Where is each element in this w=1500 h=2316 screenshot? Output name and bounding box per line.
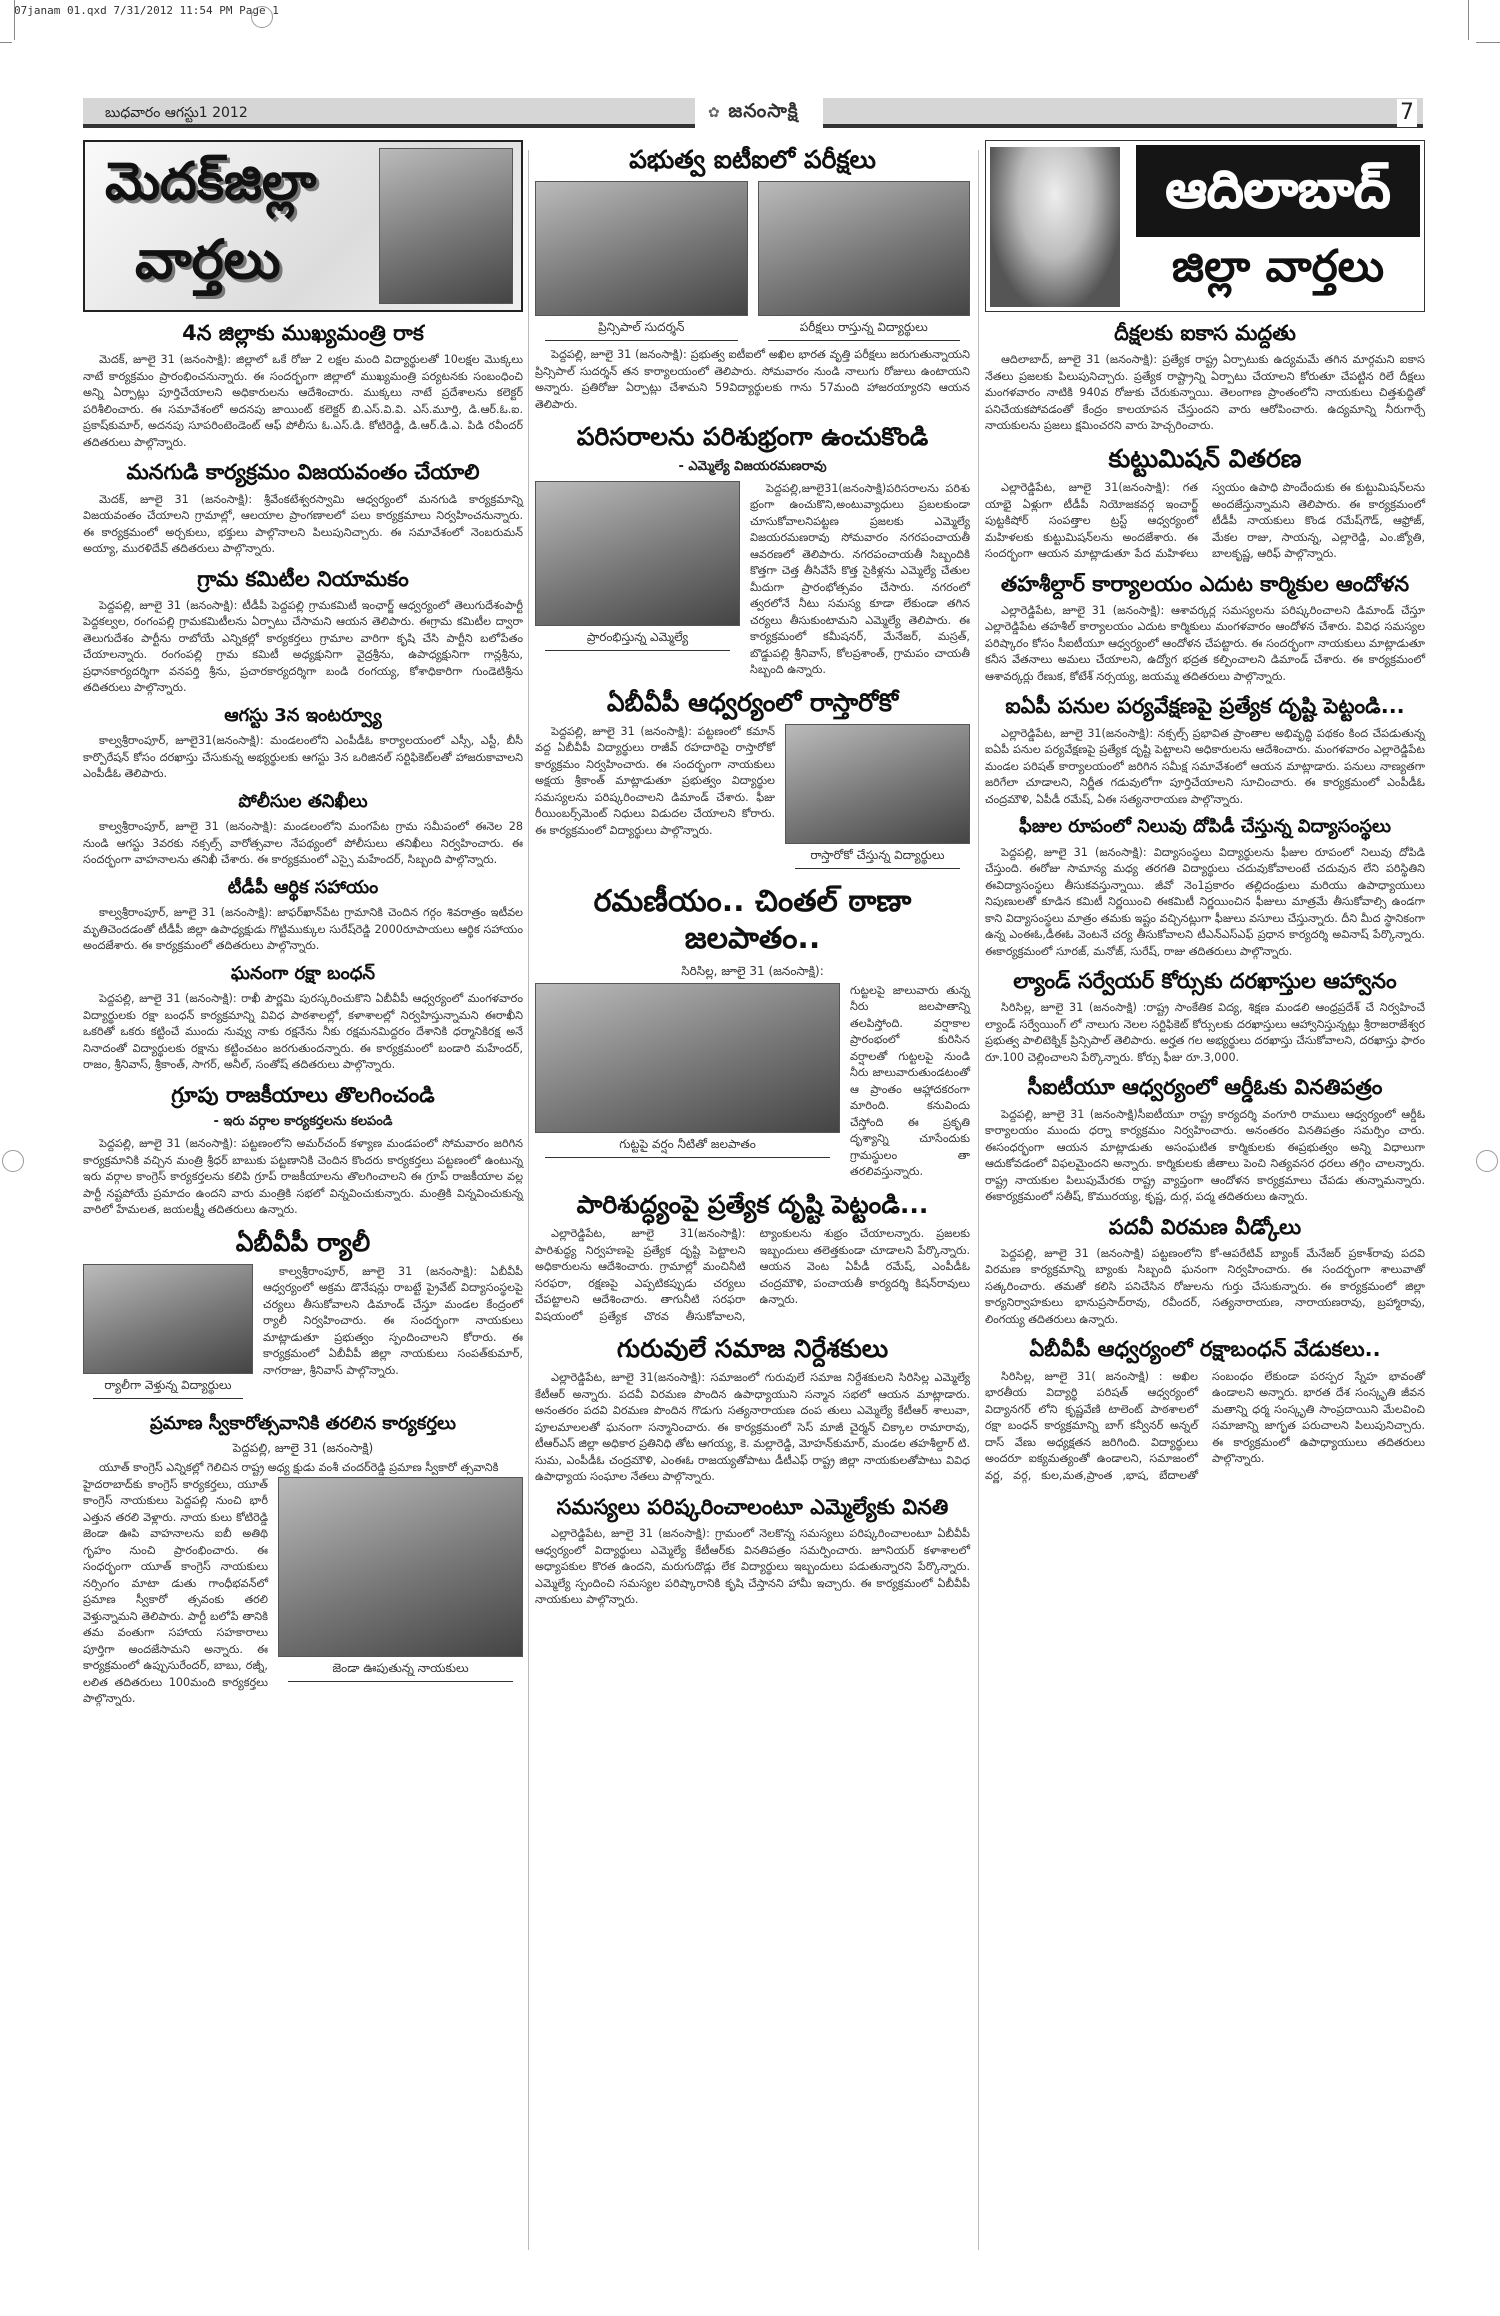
- article-body: కాల్వశ్రీరాంపూర్, జూలై 31 (జనంసాక్షి): ఏ…: [263, 1264, 523, 1405]
- article-body: సిరిసిల్ల, జూలై 31( జనంసాక్షి) : అఖిల భా…: [985, 1369, 1425, 1485]
- article-headline: తహశీల్దార్ కార్యాలయం ఎదుట కార్మికుల ఆందో…: [985, 571, 1425, 597]
- news-article: తహశీల్దార్ కార్యాలయం ఎదుట కార్మికుల ఆందో…: [985, 571, 1425, 686]
- article-headline: ల్యాండ్ సర్వేయర్ కోర్సుకు దరఖాస్తుల ఆహ్వ…: [985, 968, 1425, 994]
- article-body: ఎల్లారెడ్డిపేట, జూలై 31(జనంసాక్షి): పారి…: [535, 1226, 970, 1325]
- news-article: గురువులే సమాజ నిర్దేశకులు ఎల్లారెడ్డిపేట…: [535, 1333, 970, 1486]
- news-article: పరిసరాలను పరిశుభ్రంగా ఉంచుకొండి - ఎమ్మెల…: [535, 421, 970, 678]
- news-article: ఏబీవీపీ ర్యాలీ ర్యాలీగా వెళ్తున్న విద్యా…: [83, 1227, 523, 1405]
- banner-title-line2: వార్తలు: [135, 228, 281, 305]
- article-body: కాల్వశ్రీరాంపూర్, జూలై 31 (జనంసాక్షి): జ…: [83, 905, 523, 955]
- article-subheadline: - ఎమ్మెల్యే విజయరమణరావు: [535, 459, 970, 477]
- news-article: ప్రమాణ స్వీకారోత్సవానికి తరలిన కార్యకర్త…: [83, 1413, 523, 1708]
- article-body: కాల్వశ్రీరాంపూర్, జూలై31(జనంసాక్షి): మండ…: [83, 733, 523, 783]
- medak-district-column: మెదక్‌జిల్లా వార్తలు 4న జిల్లాకు ముఖ్యమం…: [83, 140, 523, 1708]
- article-headline: ప్రమాణ స్వీకారోత్సవానికి తరలిన కార్యకర్త…: [83, 1413, 523, 1436]
- article-body: పెద్దపల్లి, జూలై 31 (జనంసాక్షి): విద్యాస…: [985, 845, 1425, 961]
- adilabad-banner: ఆదిలాబాద్ జిల్లా వార్తలు: [985, 140, 1425, 312]
- article-body: మెదక్, జూలై 31 (జనంసాక్షి): జిల్లాలో ఒకే…: [83, 352, 523, 451]
- article-body: ఆదిలాబాద్, జూలై 31 (జనంసాక్షి): ప్రత్యేక…: [985, 352, 1425, 435]
- photo-caption: జెండా ఊపుతున్న నాయకులు: [288, 1661, 513, 1682]
- news-article: గ్రామ కమిటీల నియామకం పెద్దపల్లి, జూలై 31…: [83, 566, 523, 697]
- banner-title-line1: మెదక్‌జిల్లా: [105, 152, 316, 225]
- flag-off-photo: [278, 1477, 523, 1657]
- article-headline: ఏబీవీపీ ఆధ్వర్యంలో రక్షాబంధన్ వేడుకలు..: [985, 1336, 1425, 1362]
- portrait-photo: [990, 147, 1120, 307]
- logo-text: జనంసాక్షి: [728, 100, 798, 122]
- news-article: ఐఏపీ పనుల పర్యవేక్షణపై ప్రత్యేక దృష్టి ప…: [985, 693, 1425, 808]
- article-headline: ఐఏపీ పనుల పర్యవేక్షణపై ప్రత్యేక దృష్టి ప…: [985, 693, 1425, 719]
- photo-caption: పరీక్షలు రాస్తున్న విద్యార్థులు: [768, 320, 961, 341]
- registration-mark-icon: [1476, 1150, 1498, 1172]
- rally-photo: [83, 1264, 253, 1374]
- article-body: పెద్దపల్లి, జూలై 31 (జనంసాక్షి)సీఐటీయూ ర…: [985, 1107, 1425, 1206]
- news-article: కుట్టుమిషన్ వితరణ ఎల్లారెడ్డిపేట, జూలై 3…: [985, 443, 1425, 563]
- article-body: సిరిసిల్ల, జూలై 31 (జనంసాక్షి) :రాష్ట్ర …: [985, 1000, 1425, 1066]
- print-slug: 07janam 01.qxd 7/31/2012 11:54 PM Page 1: [14, 4, 279, 17]
- cycle-inauguration-photo: [535, 481, 740, 626]
- article-body: కాల్వశ్రీరాంపూర్, జూలై 31 (జనంసాక్షి): మ…: [83, 819, 523, 869]
- news-article: ల్యాండ్ సర్వేయర్ కోర్సుకు దరఖాస్తుల ఆహ్వ…: [985, 968, 1425, 1066]
- crop-mark: [1468, 0, 1469, 40]
- photo-caption: గుట్టపై వర్షం నీటితో జలపాతం: [545, 1137, 830, 1158]
- article-body: ఎల్లారెడ్డిపేట, జూలై 31 (జనంసాక్షి): గ్ర…: [535, 1526, 970, 1609]
- masthead-right-bar: 7: [823, 98, 1423, 128]
- news-article: పారిశుద్ధ్యంపై ప్రత్యేక దృష్టి పెట్టండి.…: [535, 1189, 970, 1325]
- crop-mark: [0, 42, 12, 43]
- article-body: పెద్దపల్లి, జూలై 31 (జనంసాక్షి) పట్టణంలో…: [985, 1246, 1425, 1329]
- article-body: పెద్దపల్లి, జూలై 31 (జనంసాక్షి): ప్రభుత్…: [535, 347, 970, 413]
- news-article: టీడీపీ ఆర్థిక సహాయం కాల్వశ్రీరాంపూర్, జూ…: [83, 877, 523, 955]
- photo-caption: ప్రారంభిస్తున్న ఎమ్మెల్యే: [545, 630, 730, 651]
- photo-caption: ప్రిన్సిపాల్ సుదర్శన్: [545, 320, 738, 341]
- photo-caption: రాస్తారోకో చేస్తున్న విద్యార్థులు: [795, 848, 960, 869]
- rasta-roko-photo: [785, 724, 970, 844]
- article-body: ఎల్లారెడ్డిపేట, జూలై 31(జనంసాక్షి): సమాజ…: [535, 1370, 970, 1486]
- news-article: ఏబీవీపీ ఆధ్వర్యంలో రాస్తారోకో పెద్దపల్లి…: [535, 687, 970, 875]
- article-headline: పోలీసుల తనిఖీలు: [83, 791, 523, 814]
- article-headline: ఫీజుల రూపంలో నిలువు దోపిడీ చేస్తున్న విద…: [985, 816, 1425, 839]
- registration-mark-icon: [2, 1150, 24, 1172]
- article-headline: పభుత్వ ఐటీఐలో పరీక్షలు: [535, 144, 970, 175]
- news-article: రమణీయం.. చింతల్ ఠాణా జలపాతం.. సిరిసిల్ల,…: [535, 883, 970, 1181]
- principal-photo: [535, 181, 748, 316]
- newspaper-logo: ✿ జనంసాక్షి: [708, 100, 799, 127]
- news-article: మనగుడి కార్యక్రమం విజయవంతం చేయాలి మెదక్,…: [83, 459, 523, 557]
- article-body: పెద్దపల్లి,జూలై31(జనంసాక్షి)పరిసరాలను పర…: [750, 481, 970, 679]
- page-number: 7: [1397, 99, 1417, 127]
- leaf-icon: ✿: [708, 105, 721, 121]
- news-article: 4న జిల్లాకు ముఖ్యమంత్రి రాక మెదక్, జూలై …: [83, 320, 523, 451]
- news-article: ఘనంగా రక్షా బంధన్ పెద్దపల్లి, జూలై 31 (జ…: [83, 963, 523, 1074]
- exam-hall-photo: [758, 181, 971, 316]
- crop-mark: [1476, 42, 1500, 43]
- article-headline: గ్రూపు రాజకీయాలు తొలగించండి: [83, 1082, 523, 1108]
- article-body: గుట్టలపై జాలువారు తున్న నీరు జలపాతాన్ని …: [850, 983, 970, 1181]
- article-body: పెద్దపల్లి, జూలై 31 (జనంసాక్షి): పట్టణంల…: [83, 1136, 523, 1219]
- news-article: పభుత్వ ఐటీఐలో పరీక్షలు ప్రిన్సిపాల్ సుదర…: [535, 144, 970, 413]
- news-article: దీక్షలకు ఐకాస మద్దతు ఆదిలాబాద్, జూలై 31 …: [985, 320, 1425, 435]
- article-headline: ఏబీవీపీ ర్యాలీ: [83, 1227, 523, 1258]
- issue-date: బుధవారం ఆగస్టు1 2012: [105, 105, 248, 124]
- article-headline: కుట్టుమిషన్ వితరణ: [985, 443, 1425, 474]
- article-dateline: పెద్దపల్లి, జూలై 31 (జనంసాక్షి): [83, 1441, 523, 1458]
- article-headline: సమస్యలు పరిష్కరించాలంటూ ఎమ్మెల్యేకు వినత…: [535, 1494, 970, 1520]
- article-headline: రమణీయం.. చింతల్ ఠాణా జలపాతం..: [535, 883, 970, 958]
- article-headline: పారిశుద్ధ్యంపై ప్రత్యేక దృష్టి పెట్టండి.…: [535, 1189, 970, 1220]
- article-headline: ఆగస్టు 3న ఇంటర్వ్యూ: [83, 705, 523, 728]
- article-headline: సీఐటీయూ ఆధ్వర్యంలో ఆర్డీఓకు వినతిపత్రం: [985, 1074, 1425, 1100]
- church-photo: [379, 148, 513, 304]
- article-headline: మనగుడి కార్యక్రమం విజయవంతం చేయాలి: [83, 459, 523, 485]
- article-body: ఎల్లారెడ్డిపేట, జూలై 31(జనంసాక్షి): నక్స…: [985, 726, 1425, 809]
- article-body: పెద్దపల్లి, జూలై 31 (జనంసాక్షి): టీడీపీ …: [83, 598, 523, 697]
- article-headline: దీక్షలకు ఐకాస మద్దతు: [985, 320, 1425, 346]
- article-headline: గ్రామ కమిటీల నియామకం: [83, 566, 523, 592]
- article-headline: ఘనంగా రక్షా బంధన్: [83, 963, 523, 986]
- article-body: పెద్దపల్లి, జూలై 31 (జనంసాక్షి): రాఖీ పౌ…: [83, 991, 523, 1074]
- column-divider: [978, 150, 979, 2250]
- photo-caption: ర్యాలీగా వెళ్తున్న విద్యార్థులు: [93, 1378, 243, 1399]
- article-headline: 4న జిల్లాకు ముఖ్యమంత్రి రాక: [83, 320, 523, 346]
- article-lead: యూత్ కాంగ్రెస్ ఎన్నికల్లో గెలిచిన రాష్ట్…: [83, 1460, 523, 1477]
- news-article: ఆగస్టు 3న ఇంటర్వ్యూ కాల్వశ్రీరాంపూర్, జూ…: [83, 705, 523, 783]
- news-article: ఏబీవీపీ ఆధ్వర్యంలో రక్షాబంధన్ వేడుకలు.. …: [985, 1336, 1425, 1484]
- article-headline: ఏబీవీపీ ఆధ్వర్యంలో రాస్తారోకో: [535, 687, 970, 718]
- news-article: పదవీ విరమణ వీడ్కోలు పెద్దపల్లి, జూలై 31 …: [985, 1214, 1425, 1329]
- waterfall-photo: [535, 983, 840, 1133]
- article-headline: గురువులే సమాజ నిర్దేశకులు: [535, 1333, 970, 1364]
- news-article: ఫీజుల రూపంలో నిలువు దోపిడీ చేస్తున్న విద…: [985, 816, 1425, 960]
- article-dateline: సిరిసిల్ల, జూలై 31 (జనంసాక్షి):: [535, 964, 970, 981]
- adilabad-district-column: ఆదిలాబాద్ జిల్లా వార్తలు దీక్షలకు ఐకాస మ…: [985, 140, 1425, 1484]
- article-subheadline: - ఇరు వర్గాల కార్యకర్తలను కలపండి: [83, 1114, 523, 1132]
- medak-banner: మెదక్‌జిల్లా వార్తలు: [83, 140, 523, 312]
- news-article: సమస్యలు పరిష్కరించాలంటూ ఎమ్మెల్యేకు వినత…: [535, 1494, 970, 1609]
- banner-title-line2: జిల్లా వార్తలు: [1136, 241, 1420, 303]
- article-body: మెదక్, జూలై 31 (జనంసాక్షి): శ్రీవేంకటేశ్…: [83, 492, 523, 558]
- article-headline: పరిసరాలను పరిశుభ్రంగా ఉంచుకొండి: [535, 421, 970, 452]
- middle-news-column: పభుత్వ ఐటీఐలో పరీక్షలు ప్రిన్సిపాల్ సుదర…: [535, 140, 970, 1609]
- column-divider: [528, 150, 529, 2250]
- article-body: ఎల్లారెడ్డిపేట, జూలై 31(జనంసాక్షి): గత య…: [985, 480, 1425, 563]
- banner-title-line1: ఆదిలాబాద్: [1136, 145, 1420, 237]
- registration-mark-icon: [251, 6, 273, 28]
- news-article: పోలీసుల తనిఖీలు కాల్వశ్రీరాంపూర్, జూలై 3…: [83, 791, 523, 869]
- article-body: పెద్దపల్లి, జూలై 31 (జనంసాక్షి): పట్టణంల…: [535, 724, 775, 875]
- article-headline: టీడీపీ ఆర్థిక సహాయం: [83, 877, 523, 900]
- crop-mark: [14, 0, 15, 40]
- article-body: ఎల్లారెడ్డిపేట, జూలై 31 (జనంసాక్షి): ఆశా…: [985, 603, 1425, 686]
- masthead-left-bar: బుధవారం ఆగస్టు1 2012: [83, 98, 695, 128]
- masthead: బుధవారం ఆగస్టు1 2012 ✿ జనంసాక్షి 7: [83, 98, 1423, 132]
- article-body: హైదరాబాద్‌కు కాంగ్రెస్ కార్యకర్తలు, యూత్…: [83, 1477, 268, 1708]
- article-headline: పదవీ విరమణ వీడ్కోలు: [985, 1214, 1425, 1240]
- news-article: గ్రూపు రాజకీయాలు తొలగించండి - ఇరు వర్గాల…: [83, 1082, 523, 1219]
- news-article: సీఐటీయూ ఆధ్వర్యంలో ఆర్డీఓకు వినతిపత్రం ప…: [985, 1074, 1425, 1205]
